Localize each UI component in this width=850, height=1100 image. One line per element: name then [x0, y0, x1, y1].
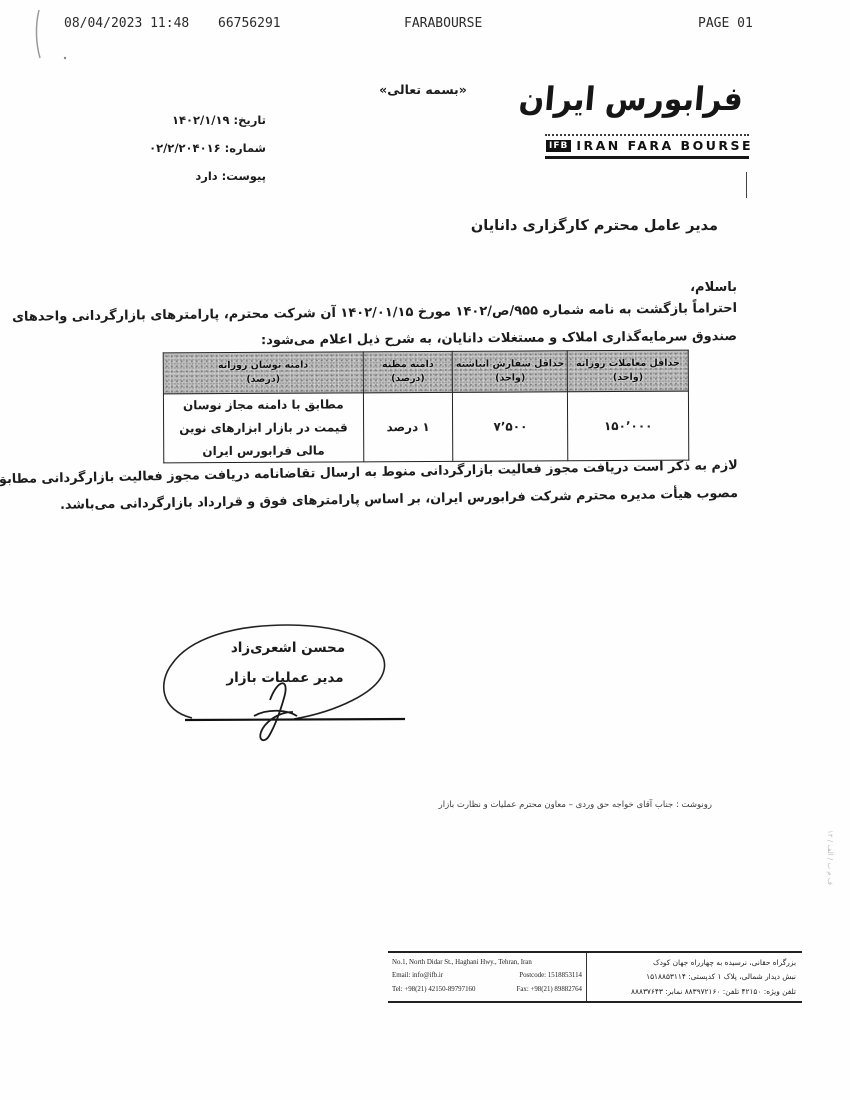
scan-artifact: [33, 8, 73, 68]
recipient-title: مدیر عامل محترم کارگزاری دانایان: [471, 218, 718, 234]
cc-note: رونوشت : جناب آقای خواجه حق وردی – معاون…: [439, 800, 712, 810]
ifb-abbreviation: IFB: [546, 140, 571, 152]
letter-date: تاریخ: ۱۴۰۲/۱/۱۹: [118, 106, 266, 134]
body-paragraph-line1: احتراماً بازگشت به نامه شماره ۹۵۵/ص/۱۴۰۲…: [12, 301, 737, 325]
footer-address-block: No.1, North Didar St., Haghani Hwy., Teh…: [388, 951, 802, 1003]
letter-number: شماره: ۰۲/۲/۲۰۴۰۱۶: [118, 134, 266, 162]
header-unit: (واحد): [495, 372, 525, 383]
header-min-cumulative-order: حداقل سفارش انباشته (واحد): [453, 351, 568, 393]
fax-sender: FARABOURSE: [404, 16, 482, 31]
header-unit: (درصد): [391, 373, 425, 384]
handwritten-signature: [150, 620, 410, 750]
value-fluctuation-range: مطابق با دامنه مجاز نوسان قیمت در بازار …: [163, 393, 363, 463]
logo-english-bar: IFB IRAN FARA BOURSE: [545, 134, 749, 159]
market-making-parameters-table: حداقل معاملات روزانه (واحد) حداقل سفارش …: [163, 350, 690, 464]
header-unit: (درصد): [246, 374, 280, 385]
footer-english: No.1, North Didar St., Haghani Hwy., Teh…: [388, 953, 587, 1001]
table-header-row: حداقل معاملات روزانه (واحد) حداقل سفارش …: [163, 350, 688, 394]
footer-en-postcode: Postcode: 1518853114: [519, 969, 582, 982]
footer-fa-line1: بزرگراه حقانی، نرسیده به چهارراه جهان کو…: [591, 956, 796, 970]
fax-number: 66756291: [218, 16, 281, 31]
fax-datetime: 08/04/2023 11:48: [64, 16, 189, 31]
header-title: حداقل سفارش انباشته: [456, 358, 565, 370]
footer-en-email: Email: info@ifb.ir: [392, 969, 443, 982]
iran-fara-bourse-logo: فرابورس ایران: [545, 66, 749, 159]
footer-en-fax: Fax: +98(21) 89882764: [516, 983, 582, 996]
logo-english-name: IRAN FARA BOURSE: [576, 138, 753, 153]
logo-corner-line: [746, 172, 747, 198]
fax-header: 08/04/2023 11:48 66756291 FARABOURSE PAG…: [0, 16, 850, 36]
body-paragraph-line2: صندوق سرمایه‌گذاری املاک و مستغلات دانای…: [261, 329, 737, 348]
footer-en-address: No.1, North Didar St., Haghani Hwy., Teh…: [392, 956, 582, 969]
footer-en-tel: Tel: +98(21) 42150-89797160: [392, 983, 475, 996]
besmellah-text: «بسمه تعالی»: [348, 82, 498, 97]
table-row: ۱۵۰٬۰۰۰ ۷٬۵۰۰ ۱ درصد مطابق با دامنه مجاز…: [163, 391, 688, 463]
value-min-daily-trades: ۱۵۰٬۰۰۰: [568, 391, 689, 461]
header-quote-spread: دامنه مظنه (درصد): [363, 351, 453, 392]
letter-meta-block: تاریخ: ۱۴۰۲/۱/۱۹ شماره: ۰۲/۲/۲۰۴۰۱۶ پیوس…: [118, 106, 266, 190]
scanned-letter-page: 08/04/2023 11:48 66756291 FARABOURSE PAG…: [0, 0, 850, 1100]
logo-farsi-calligraphy: فرابورس ایران: [517, 80, 744, 118]
letter-attachment: پیوست: دارد: [118, 162, 266, 190]
footer-fa-line3: تلفن ویژه: ۴۲۱۵۰ تلفن: ۸۸۳۹۷۲۱۶۰ نمابر: …: [591, 985, 796, 999]
value-min-cumulative-order: ۷٬۵۰۰: [453, 392, 568, 462]
header-title: دامنه مظنه: [382, 359, 434, 370]
footer-farsi: بزرگراه حقانی، نرسیده به چهارراه جهان کو…: [587, 953, 802, 1001]
fax-page-count: PAGE 01: [698, 16, 753, 31]
closing-paragraph-line2: مصوب هیأت مدیره محترم شرکت فرابورس ایران…: [60, 486, 738, 513]
header-min-daily-trades: حداقل معاملات روزانه (واحد): [567, 350, 688, 392]
header-daily-fluctuation-range: دامنه نوسان روزانه (درصد): [163, 352, 363, 394]
header-unit: (واحد): [613, 372, 643, 383]
header-title: دامنه نوسان روزانه: [218, 359, 308, 370]
salutation: باسلام،: [690, 280, 737, 295]
header-title: حداقل معاملات روزانه: [576, 357, 680, 369]
archive-code: ف م ب / الف / ۱۲: [826, 830, 834, 885]
footer-fa-line2: نبش دیدار شمالی، پلاک ۱ کدپستی: ۱۵۱۸۸۵۳۱…: [591, 970, 796, 984]
value-quote-spread: ۱ درصد: [363, 392, 453, 462]
